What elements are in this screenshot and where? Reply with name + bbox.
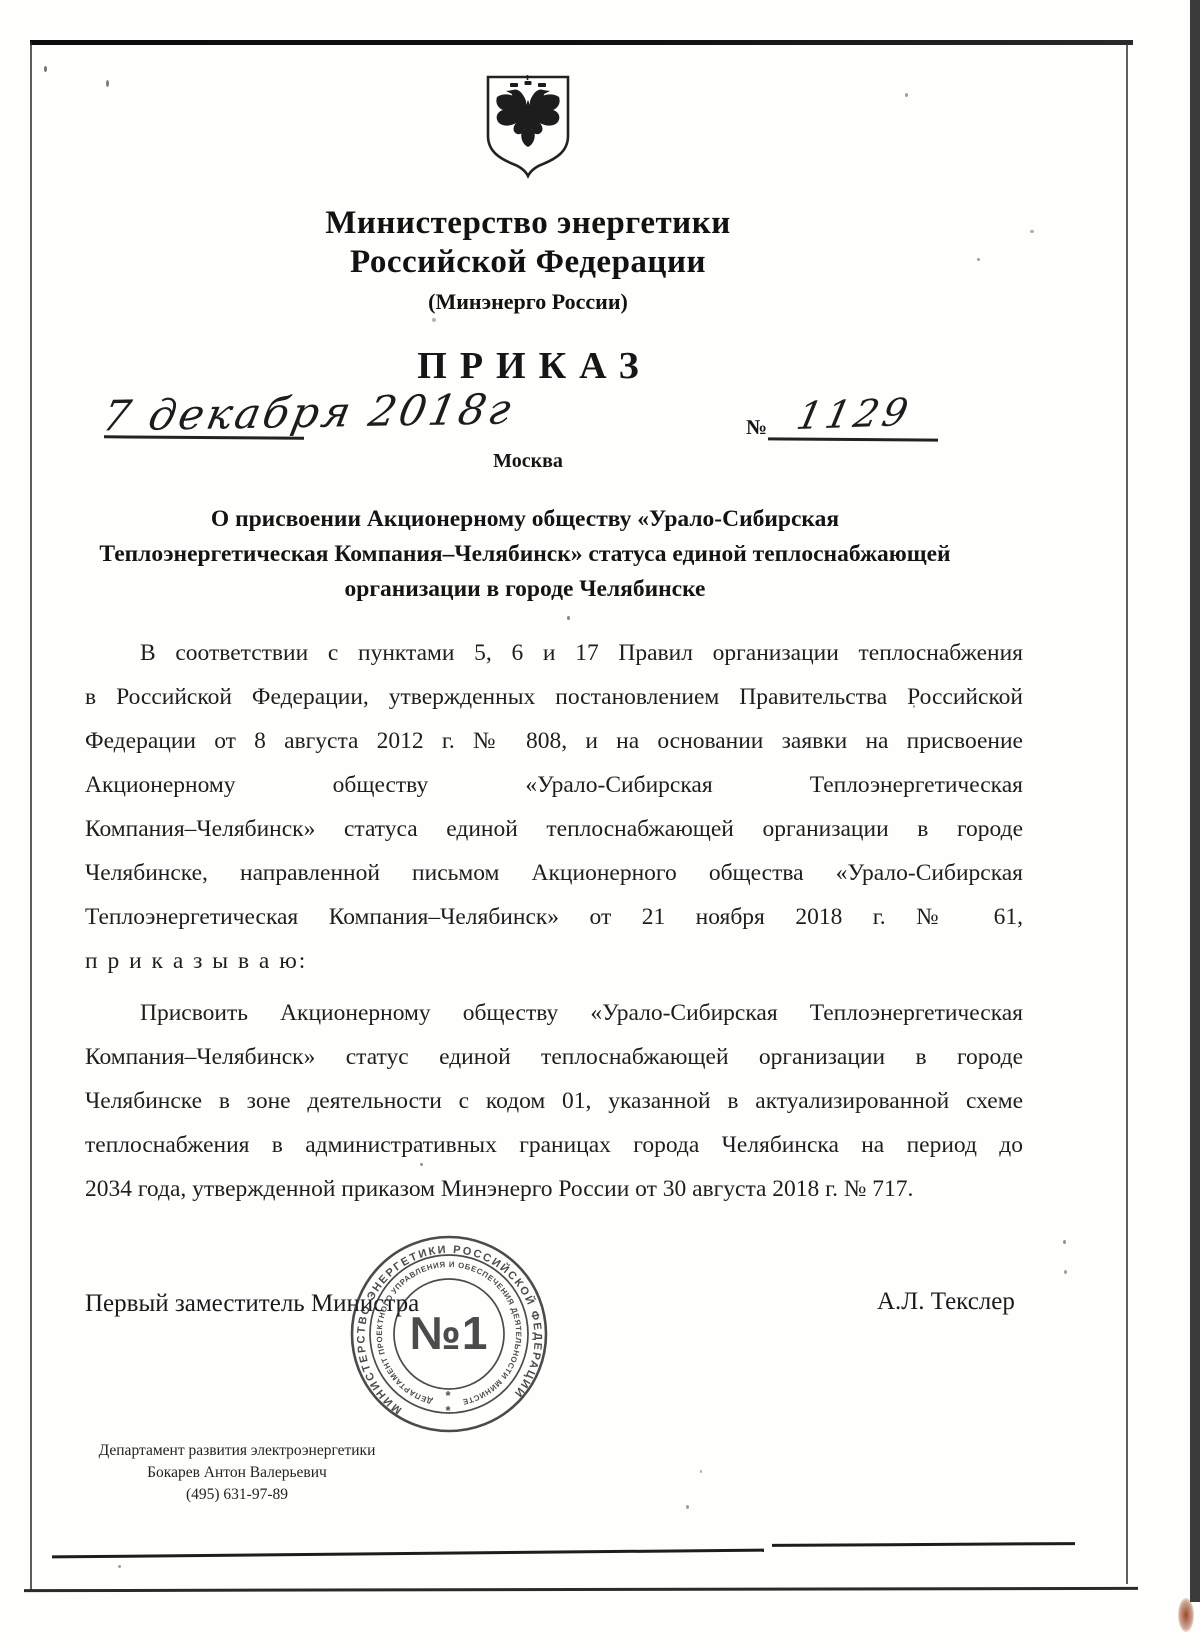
paragraph-preamble: В соответствии с пунктами 5, 6 и 17 Прав… (85, 631, 1023, 939)
document-type-title: ПРИКАЗ (328, 344, 728, 388)
scan-speck (106, 80, 109, 87)
scan-bottom-line (24, 1587, 1138, 1592)
subject-line: О присвоении Акционерному обществу «Урал… (60, 502, 990, 537)
body-line: В соответствии с пунктами 5, 6 и 17 Прав… (85, 631, 1023, 675)
ministry-name-line1: Министерство энергетики (278, 204, 778, 243)
scan-speck (913, 705, 915, 708)
scan-speck (1063, 1240, 1066, 1244)
body-line: теплоснабжения в административных границ… (85, 1123, 1023, 1167)
scan-speck (118, 1565, 121, 1568)
scan-speck (1064, 1270, 1067, 1274)
scan-speck (905, 93, 908, 97)
page-border-top (30, 40, 1133, 45)
scan-stain (1178, 1598, 1194, 1632)
ministry-name-line2: Российской Федерации (278, 243, 778, 282)
footer-contact-name: Бокарев Антон Валерьевич (72, 1462, 402, 1484)
footer-phone: (495) 631-97-89 (72, 1484, 402, 1506)
scan-speck (432, 318, 436, 322)
ministry-stamp: МИНИСТЕРСТВО ЭНЕРГЕТИКИ РОССИЙСКОЙ ФЕДЕР… (347, 1232, 551, 1436)
order-body: В соответствии с пунктами 5, 6 и 17 Прав… (85, 631, 1023, 1211)
scan-speck (44, 66, 47, 72)
body-line: Компания–Челябинск» статус единой теплос… (85, 1035, 1023, 1079)
body-line: Присвоить Акционерному обществу «Урало-С… (85, 991, 1023, 1035)
body-line: 2034 года, утвержденной приказом Минэнер… (85, 1167, 1023, 1211)
handwritten-date: 7 декабря 2018г (98, 384, 517, 440)
double-headed-eagle (496, 75, 559, 147)
handwritten-number: 1129 (793, 390, 916, 438)
stamp-star: * (445, 1388, 451, 1403)
city-label: Москва (328, 450, 728, 473)
stamp-star: * (445, 1403, 451, 1418)
page-border-right (1126, 44, 1128, 1584)
body-line: Федерации от 8 августа 2012 г. № 808, и … (85, 719, 1023, 763)
paragraph-resolution: Присвоить Акционерному обществу «Урало-С… (85, 991, 1023, 1211)
footer-contact-block: Департамент развития электроэнергетики Б… (72, 1440, 402, 1506)
coat-of-arms-icon (482, 74, 574, 179)
body-line: Челябинске, направленной письмом Акционе… (85, 851, 1023, 895)
order-subject: О присвоении Акционерному обществу «Урал… (60, 502, 990, 607)
body-line: Челябинске в зоне деятельности с кодом 0… (85, 1079, 1023, 1123)
scan-speck (420, 1163, 423, 1166)
stamp-number: №1 (410, 1307, 489, 1359)
subject-line: Теплоэнергетическая Компания–Челябинск» … (60, 537, 990, 572)
scan-speck (700, 1470, 702, 1473)
scanned-order-page: Министерство энергетики Российской Федер… (0, 0, 1200, 1648)
body-line: в Российской Федерации, утвержденных пос… (85, 675, 1023, 719)
scanner-edge-band (1190, 0, 1200, 1602)
footer-department: Департамент развития электроэнергетики (72, 1440, 402, 1462)
page-border-left (30, 42, 32, 1590)
body-line: Компания–Челябинск» статуса единой тепло… (85, 807, 1023, 851)
page-bottom-edge-line (52, 1549, 764, 1559)
body-line: Акционерному обществу «Урало-Сибирская Т… (85, 763, 1023, 807)
scan-speck (567, 616, 570, 620)
number-underline (768, 437, 938, 441)
ministry-short-name: (Минэнерго России) (278, 286, 778, 318)
signer-name: А.Л. Текслер (877, 1288, 1015, 1316)
order-verb: п р и к а з ы в а ю: (85, 939, 1023, 983)
subject-line: организации в городе Челябинске (60, 572, 990, 607)
ministry-header: Министерство энергетики Российской Федер… (278, 204, 778, 318)
body-line: Теплоэнергетическая Компания–Челябинск» … (85, 895, 1023, 939)
scan-speck (977, 258, 980, 261)
page-bottom-edge-line (772, 1542, 1075, 1547)
scan-speck (686, 1505, 689, 1509)
number-sign: № (746, 415, 767, 440)
scan-speck (1030, 230, 1034, 233)
